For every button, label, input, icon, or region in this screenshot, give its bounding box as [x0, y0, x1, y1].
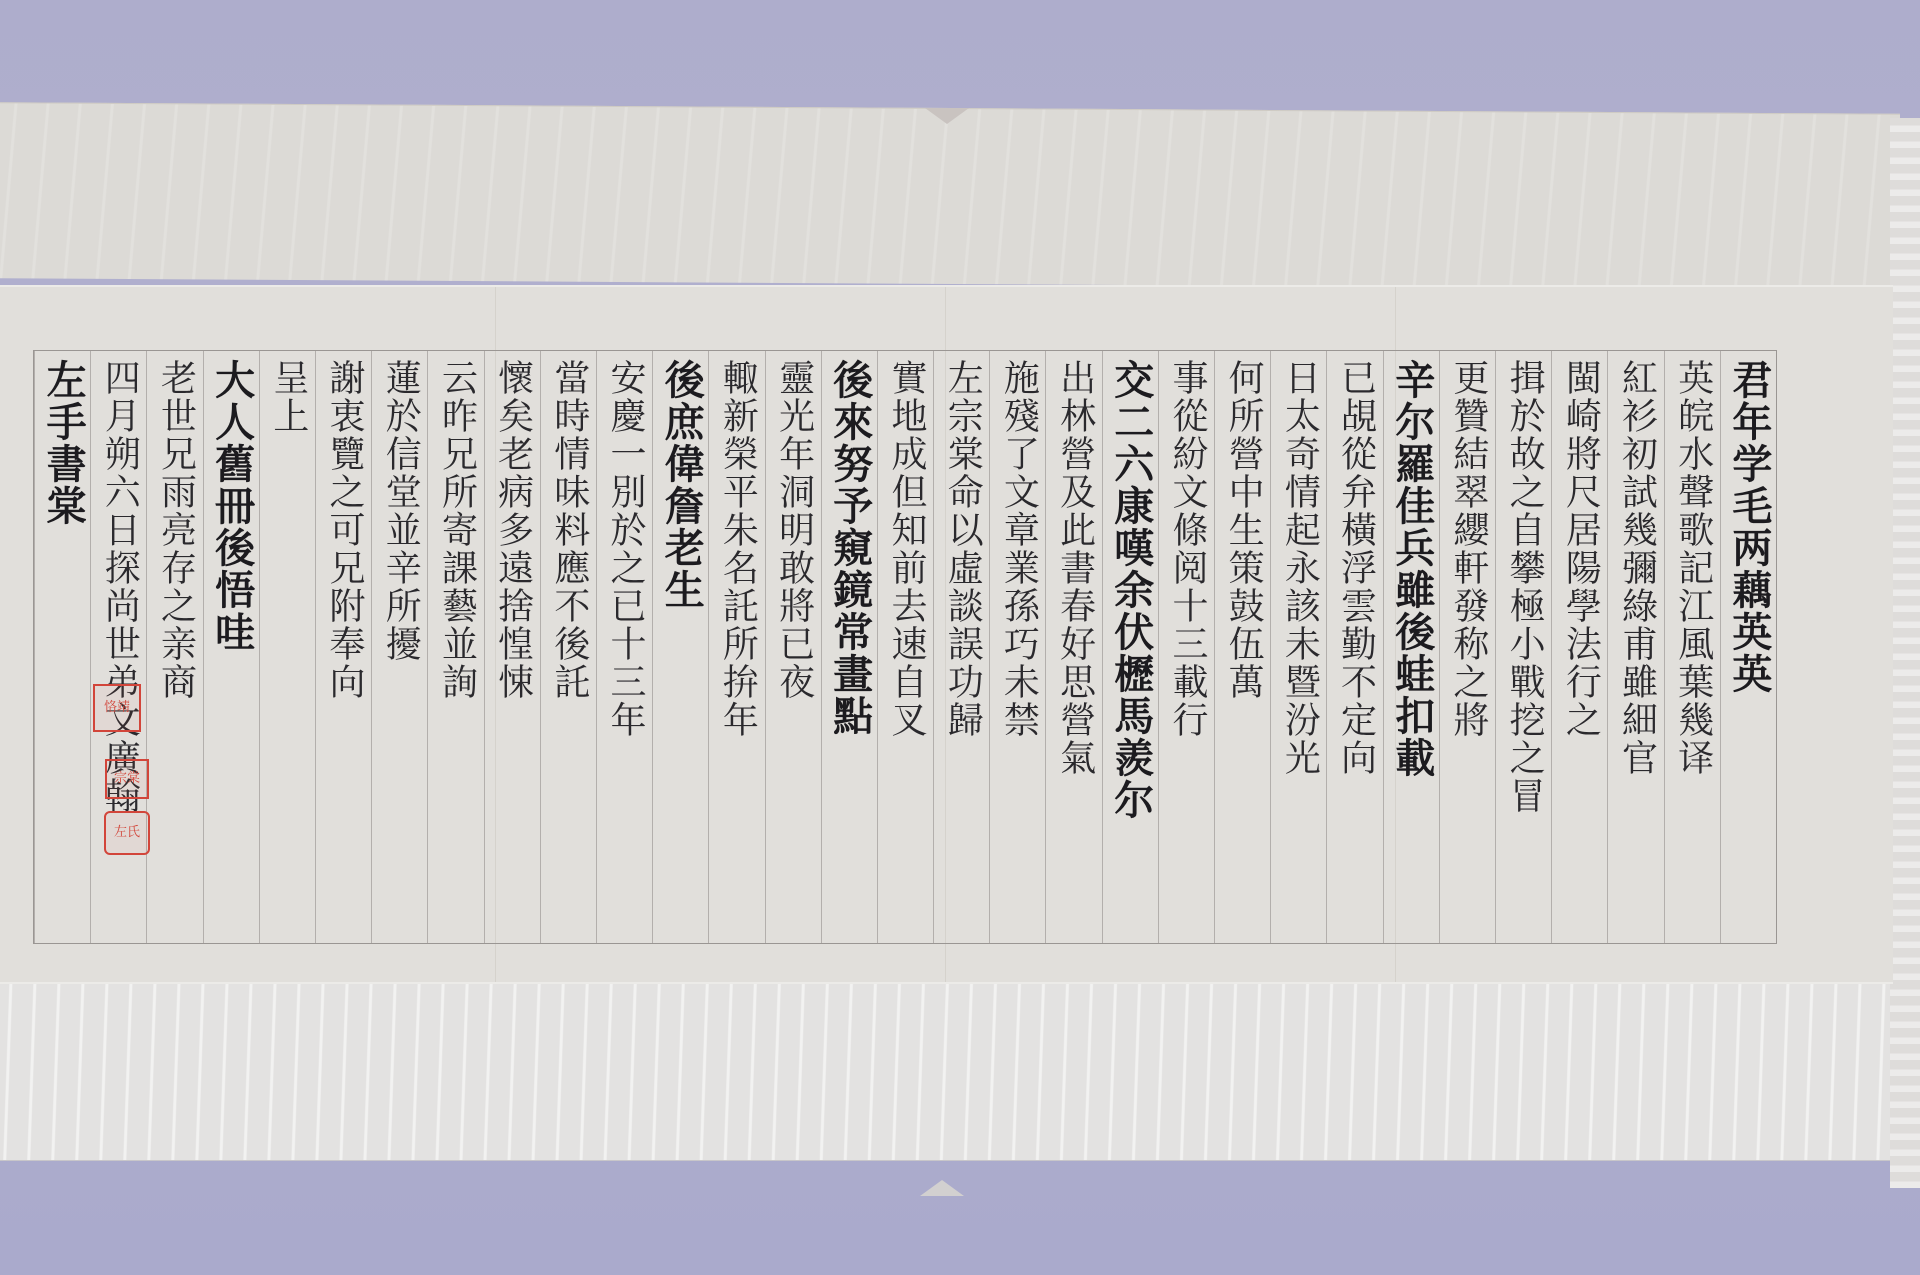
- calligraphy-text: 懷矣老病多遠捨惶悚: [489, 351, 537, 701]
- calligraphy-text: 交二六康嘆余伏櫪馬羨尔: [1107, 351, 1155, 821]
- text-column: 謝衷覽之可兄附奉向: [315, 351, 372, 943]
- calligraphy-text: 紅衫初試幾彌綠甫雖細官: [1613, 351, 1661, 777]
- calligraphy-paper: 君年学毛两藕英英英皖水聲歌記江風葉幾译紅衫初試幾彌綠甫雖細官閩崎將尺居陽學法行之…: [0, 285, 1893, 984]
- text-column: 輙新榮平朱名託所拚年: [708, 351, 765, 943]
- calligraphy-text: 呈上: [264, 351, 312, 435]
- calligraphy-text: 安慶一別於之已十三年: [601, 351, 649, 739]
- silk-mount-edge: [1890, 118, 1920, 1188]
- text-column: 事從紛文條阅十三載行: [1158, 351, 1215, 943]
- text-column: 施殘了文章業孫巧未禁: [989, 351, 1046, 943]
- text-column: 實地成但知前去速自叉: [877, 351, 934, 943]
- calligraphy-text: 左宗棠命以虛談誤功歸: [938, 351, 986, 739]
- calligraphy-text: 大人舊冊後悟哇: [208, 351, 256, 653]
- text-column: 安慶一別於之已十三年: [596, 351, 653, 943]
- text-column: 出林營及此書春好思營氣: [1045, 351, 1102, 943]
- text-column: 已覘從弁橫浮雲勤不定向: [1326, 351, 1383, 943]
- text-column: 交二六康嘆余伏櫪馬羨尔: [1102, 351, 1159, 943]
- calligraphy-text: 實地成但知前去速自叉: [882, 351, 930, 739]
- text-column: 左宗棠命以虛談誤功歸: [933, 351, 990, 943]
- calligraphy-text: 後庶偉詹老生: [657, 351, 705, 611]
- text-column: 日太奇情起永該未暨汾光: [1270, 351, 1327, 943]
- text-column: 閩崎將尺居陽學法行之: [1551, 351, 1608, 943]
- text-column: 紅衫初試幾彌綠甫雖細官: [1607, 351, 1664, 943]
- text-column: 辛尔羅佳兵雖後蛙扣載: [1383, 351, 1440, 943]
- text-column: 云昨兄所寄課藝並詢: [427, 351, 484, 943]
- calligraphy-text: 日太奇情起永該未暨汾光: [1275, 351, 1323, 777]
- calligraphy-text: 施殘了文章業孫巧未禁: [994, 351, 1042, 739]
- text-column: 呈上: [259, 351, 316, 943]
- calligraphy-text: 君年学毛两藕英英: [1725, 351, 1773, 695]
- silk-mount-bottom: [0, 980, 1890, 1161]
- text-column: 靈光年洞明敢將已夜: [765, 351, 822, 943]
- calligraphy-text: 老世兄雨亮存之亲商: [151, 351, 199, 701]
- mount-notch-bottom: [920, 1180, 964, 1196]
- calligraphy-text: 閩崎將尺居陽學法行之: [1556, 351, 1604, 739]
- calligraphy-text: 辛尔羅佳兵雖後蛙扣載: [1388, 351, 1436, 779]
- ruled-grid: 君年学毛两藕英英英皖水聲歌記江風葉幾译紅衫初試幾彌綠甫雖細官閩崎將尺居陽學法行之…: [33, 350, 1777, 944]
- text-column: 左手書棠: [34, 351, 91, 943]
- text-column: 後來努予窺鏡常畫點: [821, 351, 878, 943]
- text-column: 大人舊冊後悟哇: [203, 351, 260, 943]
- calligraphy-text: 云昨兄所寄課藝並詢: [432, 351, 480, 701]
- calligraphy-text: 左手書棠: [39, 351, 87, 527]
- calligraphy-text: 當時情味料應不後託: [545, 351, 593, 701]
- calligraphy-text: 何所營中生策鼓伍萬: [1219, 351, 1267, 701]
- text-column: 何所營中生策鼓伍萬: [1214, 351, 1271, 943]
- mount-notch-top: [925, 108, 969, 124]
- silk-mount-top: [0, 102, 1900, 290]
- calligraphy-text: 更贊結翠纓軒發称之將: [1444, 351, 1492, 739]
- seal-1: 恪靖: [93, 684, 141, 732]
- calligraphy-text: 謝衷覽之可兄附奉向: [320, 351, 368, 701]
- seal-2: 宗棠: [105, 759, 149, 799]
- calligraphy-text: 四月朔六日探尚世弟文廣翰: [95, 351, 143, 815]
- text-column: 後庶偉詹老生: [652, 351, 709, 943]
- text-column: 英皖水聲歌記江風葉幾译: [1664, 351, 1721, 943]
- calligraphy-text: 靈光年洞明敢將已夜: [770, 351, 818, 701]
- text-column: 當時情味料應不後託: [540, 351, 597, 943]
- text-column: 更贊結翠纓軒發称之將: [1439, 351, 1496, 943]
- calligraphy-text: 英皖水聲歌記江風葉幾译: [1669, 351, 1717, 777]
- text-column: 揖於故之自攀極小戰挖之冒: [1495, 351, 1552, 943]
- calligraphy-text: 出林營及此書春好思營氣: [1051, 351, 1099, 777]
- text-column: 老世兄雨亮存之亲商: [146, 351, 203, 943]
- calligraphy-text: 已覘從弁橫浮雲勤不定向: [1332, 351, 1380, 777]
- calligraphy-text: 蓮於信堂並辛所擾: [376, 351, 424, 663]
- seal-3: 左氏: [104, 811, 150, 855]
- calligraphy-text: 事從紛文條阅十三載行: [1163, 351, 1211, 739]
- calligraphy-text: 揖於故之自攀極小戰挖之冒: [1500, 351, 1548, 815]
- text-column: 蓮於信堂並辛所擾: [371, 351, 428, 943]
- text-column: 懷矣老病多遠捨惶悚: [484, 351, 541, 943]
- calligraphy-text: 後來努予窺鏡常畫點: [826, 351, 874, 737]
- calligraphy-text: 輙新榮平朱名託所拚年: [713, 351, 761, 739]
- text-column: 君年学毛两藕英英: [1720, 351, 1777, 943]
- handscroll: 君年学毛两藕英英英皖水聲歌記江風葉幾译紅衫初試幾彌綠甫雖細官閩崎將尺居陽學法行之…: [0, 108, 1920, 1193]
